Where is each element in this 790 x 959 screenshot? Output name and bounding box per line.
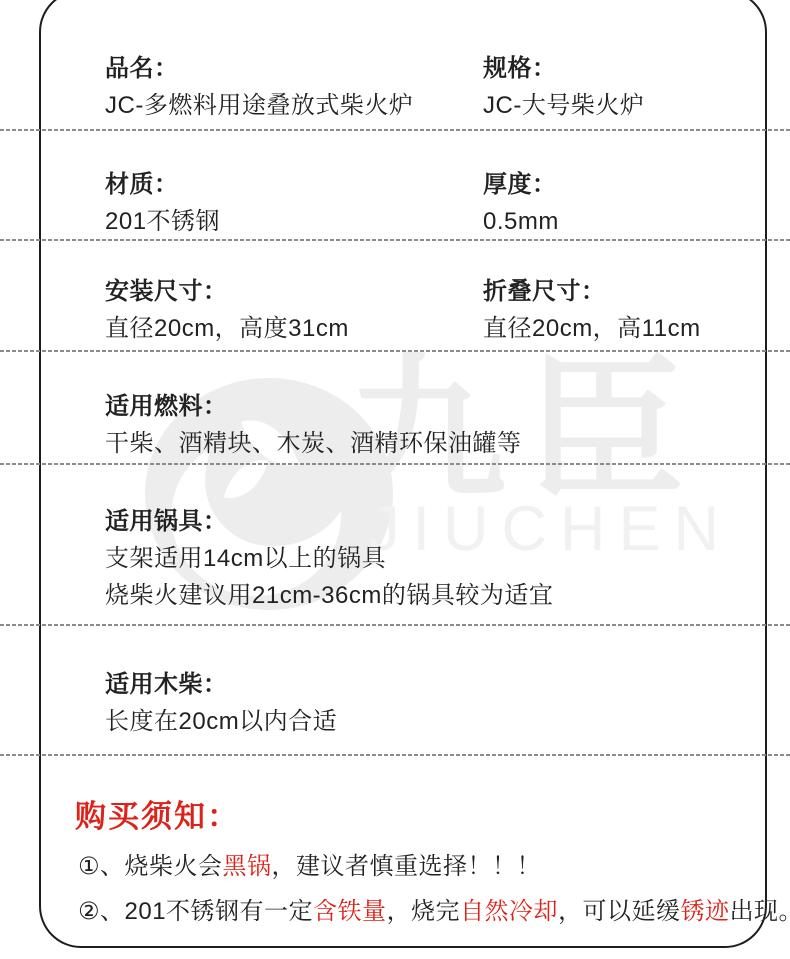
spec-label: 安装尺寸：: [105, 273, 349, 310]
spec-label: 厚度：: [483, 166, 559, 203]
spec-cell: 品名： JC-多燃料用途叠放式柴火炉: [105, 50, 413, 124]
spec-cell: 材质： 201不锈钢: [105, 166, 220, 240]
spec-label: 品名：: [105, 50, 413, 87]
notice-title: 购买须知：: [75, 799, 240, 835]
dashed-divider: [0, 350, 790, 352]
notice-text: ，可以延缓: [558, 898, 681, 925]
spec-value: 0.5mm: [483, 203, 559, 240]
notice-highlight: 黑锅: [223, 853, 272, 880]
spec-label: 折叠尺寸：: [483, 273, 701, 310]
spec-cell: 适用燃料： 干柴、酒精块、木炭、酒精环保油罐等: [105, 388, 522, 462]
spec-value: 201不锈钢: [105, 203, 220, 240]
spec-cell: 厚度： 0.5mm: [483, 166, 559, 240]
spec-cell: 适用锅具： 支架适用14cm以上的锅具 烧柴火建议用21cm-36cm的锅具较为…: [105, 503, 553, 614]
notice-highlight: 含铁量: [313, 898, 387, 925]
notice-text: ，烧完: [387, 898, 461, 925]
notice-highlight: 自然冷却: [460, 898, 558, 925]
spec-value: 直径20cm，高11cm: [483, 310, 701, 347]
notice-item: ①、烧柴火会黑锅，建议者慎重选择！！！: [78, 850, 541, 884]
spec-value: 支架适用14cm以上的锅具: [105, 540, 553, 577]
notice-text: ①、烧柴火会: [78, 853, 223, 880]
spec-label: 适用锅具：: [105, 503, 553, 540]
dashed-divider: [0, 463, 790, 465]
notice-text: ②、201不锈钢有一定: [78, 898, 313, 925]
spec-value: 干柴、酒精块、木炭、酒精环保油罐等: [105, 425, 522, 462]
spec-label: 适用木柴：: [105, 666, 337, 703]
notice-text: 出现。: [730, 898, 790, 925]
spec-value: 烧柴火建议用21cm-36cm的锅具较为适宜: [105, 577, 553, 614]
spec-cell: 折叠尺寸： 直径20cm，高11cm: [483, 273, 701, 347]
spec-cell: 安装尺寸： 直径20cm，高度31cm: [105, 273, 349, 347]
dashed-divider: [0, 754, 790, 756]
dashed-divider: [0, 129, 790, 131]
spec-cell: 规格： JC-大号柴火炉: [483, 50, 644, 124]
spec-label: 材质：: [105, 166, 220, 203]
spec-value: 长度在20cm以内合适: [105, 703, 337, 740]
spec-value: JC-大号柴火炉: [483, 87, 644, 124]
spec-label: 适用燃料：: [105, 388, 522, 425]
notice-item: ②、201不锈钢有一定含铁量，烧完自然冷却，可以延缓锈迹出现。: [78, 895, 790, 929]
product-spec-page: 九臣 JIUCHEN 品名： JC-多燃料用途叠放式柴火炉 规格： JC-大号柴…: [0, 0, 790, 959]
notice-text: ，建议者慎重选择！！！: [272, 853, 542, 880]
spec-value: 直径20cm，高度31cm: [105, 310, 349, 347]
spec-cell: 适用木柴： 长度在20cm以内合适: [105, 666, 337, 740]
dashed-divider: [0, 624, 790, 626]
notice-highlight: 锈迹: [681, 898, 730, 925]
spec-label: 规格：: [483, 50, 644, 87]
spec-value: JC-多燃料用途叠放式柴火炉: [105, 87, 413, 124]
